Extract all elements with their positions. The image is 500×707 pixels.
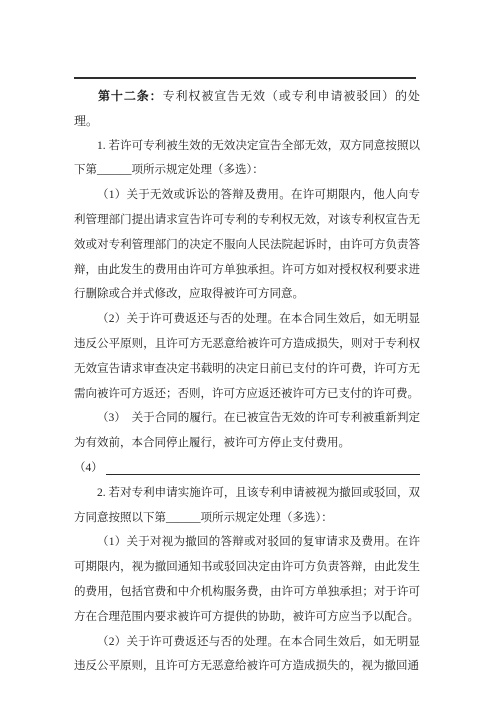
clause1-item3: （3） 关于合同的履行。在已被宣告无效的许可专利被重新判定为有效前，本合同停止履… xyxy=(74,406,420,456)
article-12-heading: 第十二条：专利权被宣告无效（或专利申请被驳回）的处理。 xyxy=(74,84,420,134)
document-body: 第十二条：专利权被宣告无效（或专利申请被驳回）的处理。 1. 若许可专利被生效的… xyxy=(74,84,420,679)
clause1-item2: （2）关于许可费返还与否的处理。在本合同生效后，如无明显违反公平原则，且许可方无… xyxy=(74,307,420,406)
heading-divider xyxy=(74,77,416,79)
clause2-item1: （1）关于对视为撤回的答辩或对驳回的复审请求及费用。在许可期限内，视为撤回通知书… xyxy=(74,530,420,629)
clause1-item4-blank-line: （4） xyxy=(74,456,420,481)
clause1-item4-label: （4） xyxy=(74,456,103,481)
clause2-intro: 2. 若对专利申请实施许可，且该专利申请被视为撤回或驳回，双方同意按照以下第__… xyxy=(74,481,420,531)
article-number-label: 第十二条： xyxy=(98,89,163,103)
document-page: 第十二条：专利权被宣告无效（或专利申请被驳回）的处理。 1. 若许可专利被生效的… xyxy=(0,0,500,707)
clause1-intro: 1. 若许可专利被生效的无效决定宣告全部无效，双方同意按照以下第______项所… xyxy=(74,134,420,184)
clause2-item2-partial: （2）关于许可费返还与否的处理。在本合同生效后，如无明显违反公平原则，且许可方无… xyxy=(74,630,420,680)
clause1-item1: （1）关于无效或诉讼的答辩及费用。在许可期限内，他人向专利管理部门提出请求宣告许… xyxy=(74,183,420,307)
fill-in-blank-underline xyxy=(106,456,420,475)
